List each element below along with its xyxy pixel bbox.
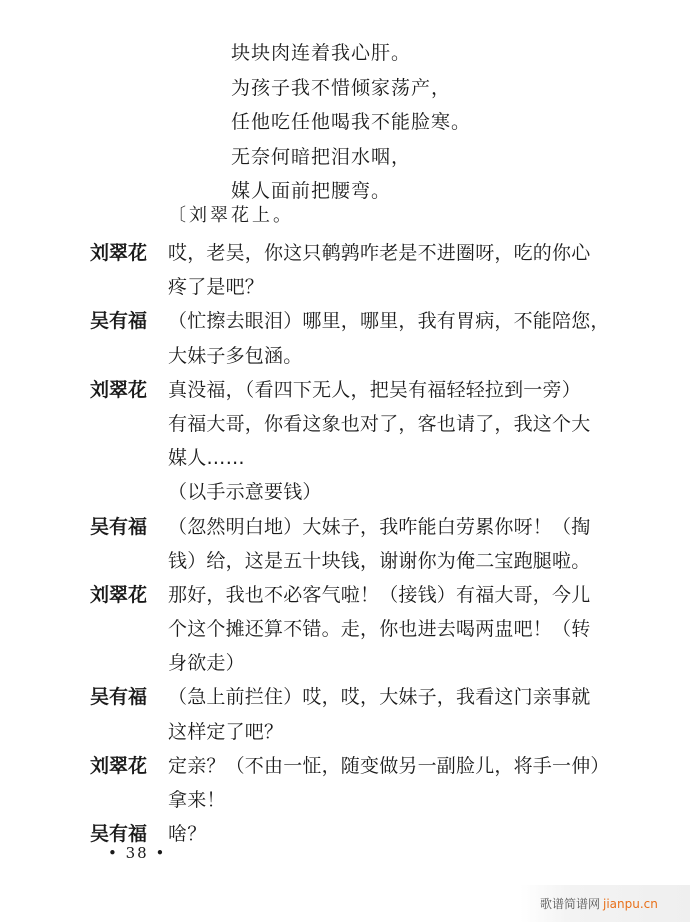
verse-line: 无奈何暗把泪水咽， (231, 140, 471, 175)
speech-text: 真没福，（看四下无人，把吴有福轻轻拉到一旁） 有福大哥，你看这象也对了，客也请了… (168, 373, 620, 510)
speech-line: 大妹子多包涵。 (168, 339, 620, 373)
dialogue-entry: 吴有福 （忙擦去眼泪）哪里，哪里，我有胃病，不能陪您， 大妹子多包涵。 (90, 304, 630, 372)
speech-line: 真没福，（看四下无人，把吴有福轻轻拉到一旁） (168, 373, 620, 407)
speech-line: （以手示意要钱） (168, 475, 620, 509)
dialogue-block: 刘翠花 哎，老吴，你这只鹌鹑咋老是不进圈呀，吃的你心 疼了是吧？ 吴有福 （忙擦… (90, 236, 630, 851)
speech-line: 这样定了吧？ (168, 715, 620, 749)
speech-line: 有福大哥，你看这象也对了，客也请了，我这个大 (168, 407, 620, 441)
speech-line: 钱）给，这是五十块钱，谢谢你为俺二宝跑腿啦。 (168, 544, 620, 578)
watermark-chinese-text: 歌谱简谱网 (540, 895, 600, 912)
verse-line: 任他吃任他喝我不能脸寒。 (231, 105, 471, 140)
speech-line: 个这个摊还算不错。走，你也进去喝两盅吧！（转 (168, 612, 620, 646)
speaker-name: 吴有福 (90, 510, 168, 544)
watermark-domain-text: jianpu.cn (603, 897, 658, 911)
speech-line: 哎，老吴，你这只鹌鹑咋老是不进圈呀，吃的你心 (168, 236, 620, 270)
dialogue-entry: 刘翠花 那好，我也不必客气啦！（接钱）有福大哥，今儿 个这个摊还算不错。走，你也… (90, 578, 630, 681)
speaker-name: 吴有福 (90, 680, 168, 714)
speech-line: （急上前拦住）哎，哎，大妹子，我看这门亲事就 (168, 680, 620, 714)
speech-text: （忙擦去眼泪）哪里，哪里，我有胃病，不能陪您， 大妹子多包涵。 (168, 304, 620, 372)
speaker-name: 刘翠花 (90, 749, 168, 783)
page-number: • 38 • (108, 844, 166, 862)
speaker-name: 吴有福 (90, 304, 168, 338)
speaker-name: 刘翠花 (90, 236, 168, 270)
verse-line: 块块肉连着我心肝。 (231, 36, 471, 71)
dialogue-entry: 吴有福 啥？ (90, 817, 630, 851)
dialogue-entry: 吴有福 （忽然明白地）大妹子，我咋能白劳累你呀！（掏 钱）给，这是五十块钱，谢谢… (90, 510, 630, 578)
dialogue-entry: 刘翠花 真没福，（看四下无人，把吴有福轻轻拉到一旁） 有福大哥，你看这象也对了，… (90, 373, 630, 510)
speech-text: 那好，我也不必客气啦！（接钱）有福大哥，今儿 个这个摊还算不错。走，你也进去喝两… (168, 578, 620, 681)
speech-line: 身欲走） (168, 646, 620, 680)
speech-text: （急上前拦住）哎，哎，大妹子，我看这门亲事就 这样定了吧？ (168, 680, 620, 748)
speech-text: 啥？ (168, 817, 620, 851)
dialogue-entry: 吴有福 （急上前拦住）哎，哎，大妹子，我看这门亲事就 这样定了吧？ (90, 680, 630, 748)
speech-line: 定亲？（不由一怔，随变做另一副脸儿，将手一伸） (168, 749, 620, 783)
dialogue-entry: 刘翠花 哎，老吴，你这只鹌鹑咋老是不进圈呀，吃的你心 疼了是吧？ (90, 236, 630, 304)
document-page: 块块肉连着我心肝。 为孩子我不惜倾家荡产， 任他吃任他喝我不能脸寒。 无奈何暗把… (0, 0, 690, 922)
speech-line: 啥？ (168, 817, 620, 851)
speech-line: 拿来！ (168, 783, 620, 817)
dialogue-entry: 刘翠花 定亲？（不由一怔，随变做另一副脸儿，将手一伸） 拿来！ (90, 749, 630, 817)
site-watermark: 歌谱简谱网 jianpu.cn (520, 885, 690, 922)
speech-line: 那好，我也不必客气啦！（接钱）有福大哥，今儿 (168, 578, 620, 612)
speech-line: 疼了是吧？ (168, 270, 620, 304)
speech-line: （忽然明白地）大妹子，我咋能白劳累你呀！（掏 (168, 510, 620, 544)
speaker-name: 刘翠花 (90, 373, 168, 407)
speech-text: 哎，老吴，你这只鹌鹑咋老是不进圈呀，吃的你心 疼了是吧？ (168, 236, 620, 304)
speaker-name: 刘翠花 (90, 578, 168, 612)
verse-block: 块块肉连着我心肝。 为孩子我不惜倾家荡产， 任他吃任他喝我不能脸寒。 无奈何暗把… (231, 36, 471, 209)
speech-text: （忽然明白地）大妹子，我咋能白劳累你呀！（掏 钱）给，这是五十块钱，谢谢你为俺二… (168, 510, 620, 578)
speech-line: （忙擦去眼泪）哪里，哪里，我有胃病，不能陪您， (168, 304, 620, 338)
speech-line: 媒人…… (168, 441, 620, 475)
stage-direction: 〔刘翠花上。 (168, 201, 294, 231)
verse-line: 为孩子我不惜倾家荡产， (231, 71, 471, 106)
speech-text: 定亲？（不由一怔，随变做另一副脸儿，将手一伸） 拿来！ (168, 749, 620, 817)
